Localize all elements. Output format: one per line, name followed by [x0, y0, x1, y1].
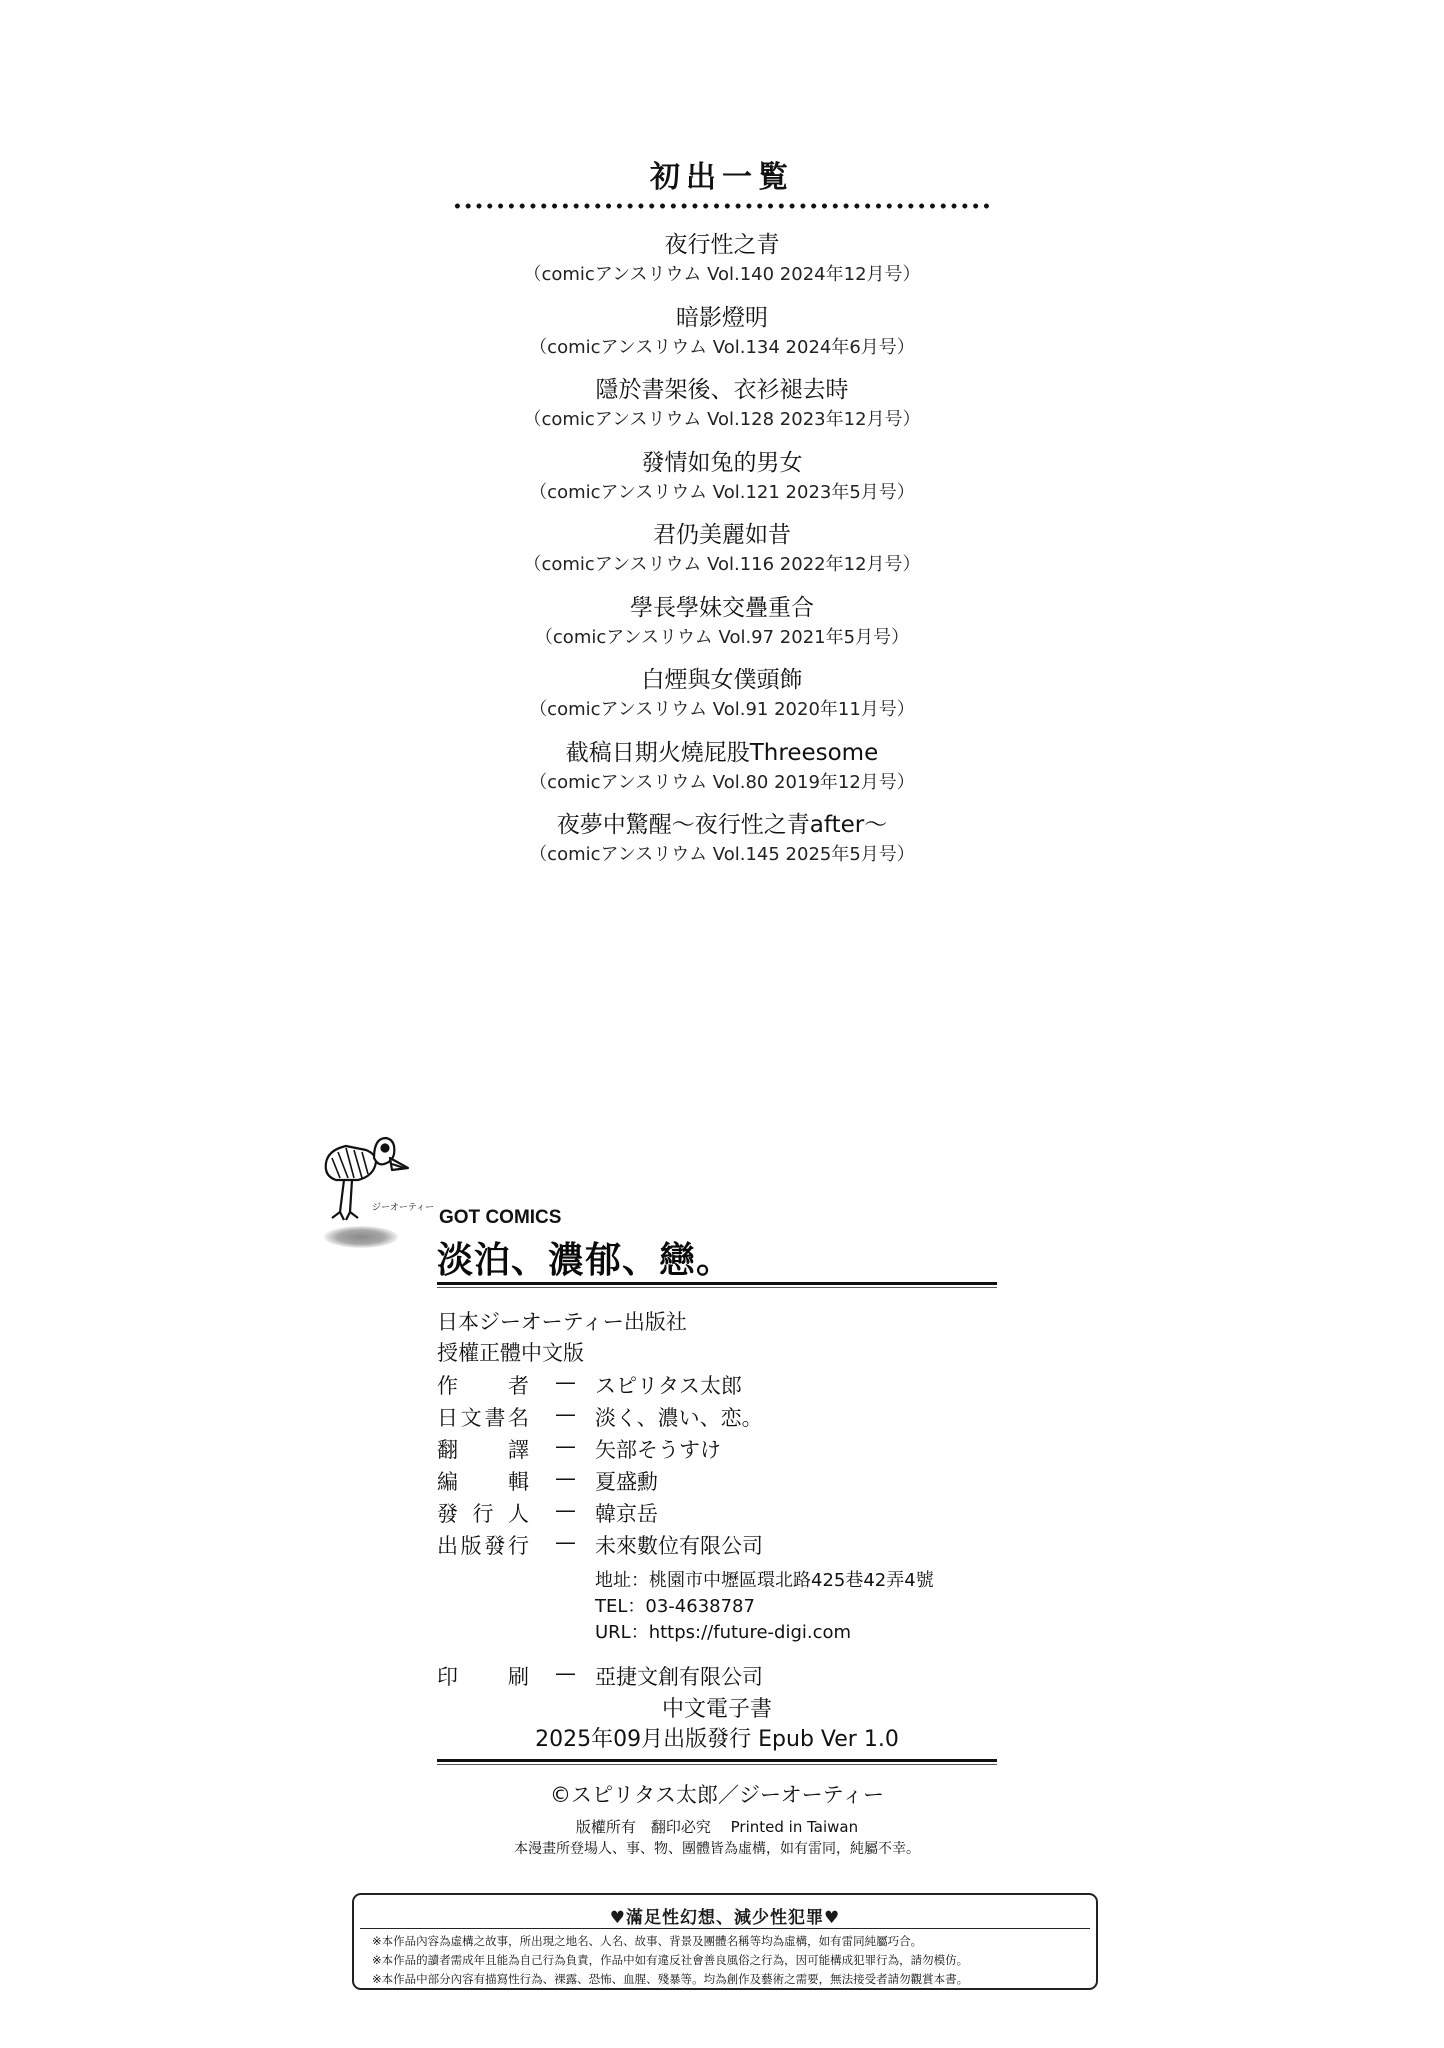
list-item: 白煙與女僕頭飾 （comicアンスリウム Vol.91 2020年11月号） — [0, 665, 1444, 723]
story-source: （comicアンスリウム Vol.121 2023年5月号） — [0, 480, 1444, 506]
story-source: （comicアンスリウム Vol.145 2025年5月号） — [0, 842, 1444, 868]
dotted-divider — [452, 203, 992, 209]
publisher-tel: TEL：03-4638787 — [595, 1592, 755, 1618]
list-item: 發情如兔的男女 （comicアンスリウム Vol.121 2023年5月号） — [0, 448, 1444, 506]
book-title: 淡泊、濃郁、戀。 — [437, 1232, 733, 1283]
warning-heading: ♥滿足性幻想、減少性犯罪♥ — [354, 1903, 1096, 1928]
fiction-notice: 本漫畫所登場人、事、物、團體皆為虛構，如有雷同，純屬不幸。 — [437, 1838, 997, 1858]
rights-line: 版權所有 翻印必究 Printed in Taiwan — [437, 1816, 997, 1837]
credit-value: 韓京岳 — [595, 1498, 658, 1528]
story-source: （comicアンスリウム Vol.116 2022年12月号） — [0, 552, 1444, 578]
story-title: 夜夢中驚醒～夜行性之青after～ — [0, 810, 1444, 840]
story-source: （comicアンスリウム Vol.97 2021年5月号） — [0, 625, 1444, 651]
logo-caption: ジーオーティー — [372, 1200, 434, 1213]
list-item: 暗影燈明 （comicアンスリウム Vol.134 2024年6月号） — [0, 303, 1444, 361]
credit-role: 出版發行 — [437, 1530, 529, 1560]
story-title: 隱於書架後、衣衫褪去時 — [0, 375, 1444, 405]
warning-note: ※本作品的讀者需成年且能為自己行為負責，作品中如有違反社會善良風俗之行為，因可能… — [372, 1952, 968, 1968]
edition-date: 2025年09月出版發行 Epub Ver 1.0 — [437, 1722, 997, 1753]
warning-divider — [360, 1928, 1090, 1929]
story-title: 學長學妹交疊重合 — [0, 593, 1444, 623]
list-item: 截稿日期火燒屁股Threesome （comicアンスリウム Vol.80 20… — [0, 738, 1444, 796]
list-item: 隱於書架後、衣衫褪去時 （comicアンスリウム Vol.128 2023年12… — [0, 375, 1444, 433]
story-source: （comicアンスリウム Vol.128 2023年12月号） — [0, 407, 1444, 433]
story-source: （comicアンスリウム Vol.80 2019年12月号） — [0, 770, 1444, 796]
credit-role: 翻譯 — [437, 1434, 529, 1464]
publisher-url[interactable]: URL：https://future-digi.com — [595, 1618, 851, 1644]
publisher-address: 地址：桃園市中壢區環北路425巷42弄4號 — [595, 1566, 934, 1592]
series-label: GOT COMICS — [439, 1207, 561, 1229]
title-divider — [437, 1282, 997, 1288]
story-title: 夜行性之青 — [0, 230, 1444, 260]
story-source: （comicアンスリウム Vol.140 2024年12月号） — [0, 262, 1444, 288]
license-line: 授權正體中文版 — [437, 1337, 584, 1367]
story-title: 發情如兔的男女 — [0, 448, 1444, 478]
story-title: 截稿日期火燒屁股Threesome — [0, 738, 1444, 768]
story-source: （comicアンスリウム Vol.91 2020年11月号） — [0, 697, 1444, 723]
list-item: 夜行性之青 （comicアンスリウム Vol.140 2024年12月号） — [0, 230, 1444, 288]
list-item: 夜夢中驚醒～夜行性之青after～ （comicアンスリウム Vol.145 2… — [0, 810, 1444, 868]
bird-logo-icon — [318, 1128, 428, 1248]
credit-value: 亞捷文創有限公司 — [595, 1661, 763, 1691]
credit-role: 作者 — [437, 1370, 529, 1400]
list-item: 學長學妹交疊重合 （comicアンスリウム Vol.97 2021年5月号） — [0, 593, 1444, 651]
story-source: （comicアンスリウム Vol.134 2024年6月号） — [0, 335, 1444, 361]
credit-role: 日文書名 — [437, 1402, 529, 1432]
content-warning-box: ♥滿足性幻想、減少性犯罪♥ ※本作品內容為虛構之故事，所出現之地名、人名、故事、… — [352, 1893, 1098, 1990]
warning-note: ※本作品內容為虛構之故事，所出現之地名、人名、故事、背景及團體名稱等均為虛構，如… — [372, 1933, 922, 1949]
warning-note: ※本作品中部分內容有描寫性行為、裸露、恐怖、血腥、殘暴等。均為創作及藝術之需要，… — [372, 1971, 968, 1987]
credit-role: 編輯 — [437, 1466, 529, 1496]
edition-divider — [437, 1759, 997, 1765]
story-title: 暗影燈明 — [0, 303, 1444, 333]
edition-type: 中文電子書 — [437, 1692, 997, 1723]
list-heading: 初出一覧 — [0, 152, 1444, 196]
credit-role: 發行人 — [437, 1498, 529, 1528]
credit-value: 淡く、濃い、恋。 — [595, 1402, 763, 1432]
copyright-line: ©スピリタス太郎／ジーオーティー — [437, 1779, 997, 1809]
story-title: 白煙與女僕頭飾 — [0, 665, 1444, 695]
publisher-line: 日本ジーオーティー出版社 — [437, 1306, 687, 1336]
credit-value: 夏盛勳 — [595, 1466, 658, 1496]
credit-value: 未來數位有限公司 — [595, 1530, 763, 1560]
credit-value: 矢部そうすけ — [595, 1434, 721, 1464]
story-title: 君仍美麗如昔 — [0, 520, 1444, 550]
credit-value: スピリタス太郎 — [595, 1370, 742, 1400]
credit-role: 印刷 — [437, 1661, 529, 1691]
list-item: 君仍美麗如昔 （comicアンスリウム Vol.116 2022年12月号） — [0, 520, 1444, 578]
